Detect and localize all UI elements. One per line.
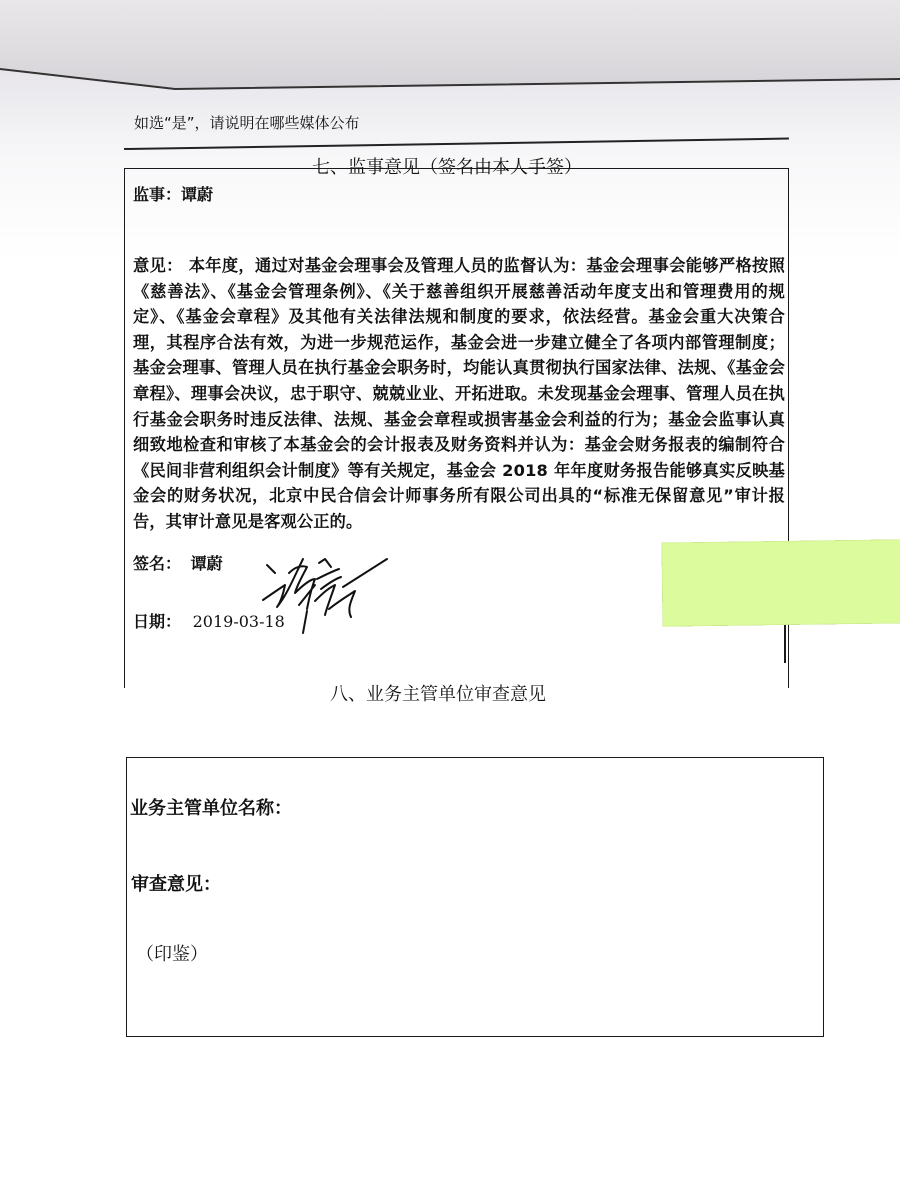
sticky-note <box>661 539 900 626</box>
opinion-paragraph: 意见： 本年度，通过对基金会理事会及管理人员的监督认为：基金会理事会能够严格按照… <box>133 253 785 535</box>
opinion-label: 意见： <box>133 256 183 275</box>
date-row: 日期： 2019-03-18 <box>133 609 285 632</box>
unit-name-label: 业务主管单位名称： <box>130 794 292 820</box>
media-disclosure-note: 如选“是”，请说明在哪些媒体公布 <box>134 112 360 133</box>
seal-label: （印鉴） <box>136 940 208 966</box>
signature-label: 签名： <box>133 554 181 573</box>
signature-row: 签名： 谭蔚 <box>133 551 223 574</box>
date-label: 日期： <box>133 612 181 631</box>
review-label: 审查意见： <box>131 870 221 896</box>
date-value: 2019-03-18 <box>193 612 285 631</box>
box-corner <box>124 662 126 664</box>
supervisor-row: 监事：谭蔚 <box>133 182 213 205</box>
supervisor-label: 监事： <box>133 185 181 204</box>
box-border-right <box>784 625 786 663</box>
opinion-text: 本年度，通过对基金会理事会及管理人员的监督认为：基金会理事会能够严格按照《慈善法… <box>133 256 785 531</box>
section8-title: 八、业务主管单位审查意见 <box>330 680 546 706</box>
signature-name: 谭蔚 <box>191 554 223 573</box>
supervisor-name: 谭蔚 <box>181 185 213 204</box>
